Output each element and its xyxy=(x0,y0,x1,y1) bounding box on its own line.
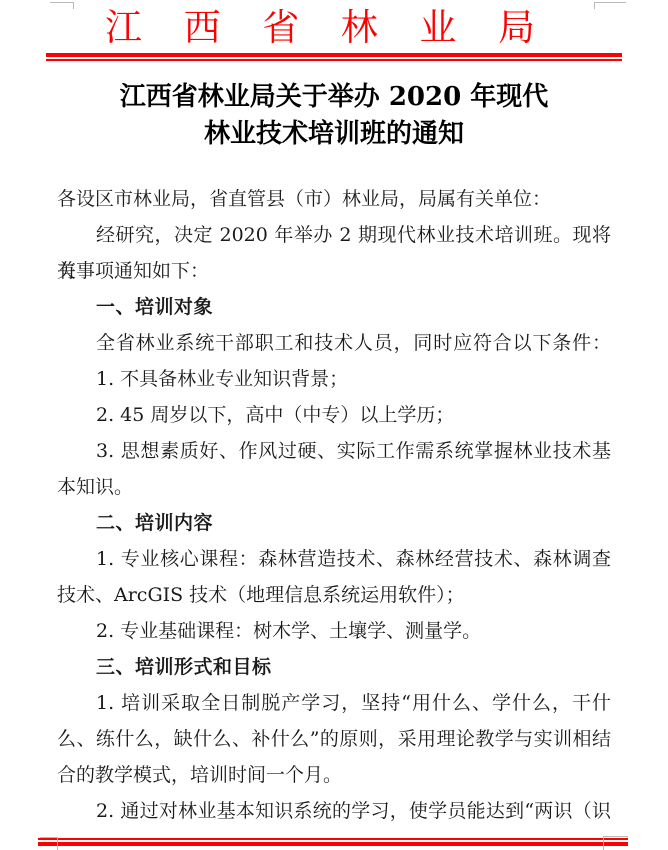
crop-mark-top-left xyxy=(50,2,74,9)
document-body: 各设区市林业局，省直管县（市）林业局，局属有关单位： 经研究，决定 2020 年… xyxy=(57,181,611,829)
document-page: 江 西 省 林 业 局 江西省林业局关于举办 2020 年现代 林业技术培训班的… xyxy=(0,0,668,850)
document-title-line-2: 林业技术培训班的通知 xyxy=(0,116,668,153)
crop-mark-bottom-right xyxy=(603,836,628,850)
section-3-heading: 三、培训形式和目标 xyxy=(57,649,611,685)
footer-divider-rule xyxy=(38,838,628,846)
salutation-line: 各设区市林业局，省直管县（市）林业局，局属有关单位： xyxy=(57,181,611,217)
body-line: 1. 培训采取全日制脱产学习，坚持“用什么、学什么，干什 xyxy=(57,685,611,721)
body-line: 2. 通过对林业基本知识系统的学习，使学员能达到“两识（识 xyxy=(57,793,611,829)
section-1-heading: 一、培训对象 xyxy=(57,289,611,325)
masthead-char: 业 xyxy=(419,9,456,46)
body-line: 2. 45 周岁以下，高中（中专）以上学历； xyxy=(57,397,611,433)
masthead-char: 林 xyxy=(341,9,378,46)
document-title: 江西省林业局关于举办 2020 年现代 林业技术培训班的通知 xyxy=(0,79,668,153)
masthead-char: 江 xyxy=(105,9,142,46)
header-divider-rule xyxy=(46,53,622,61)
body-line: 1. 专业核心课程：森林营造技术、森林经营技术、森林调查 xyxy=(57,541,611,577)
body-line: 2. 专业基础课程：树木学、土壤学、测量学。 xyxy=(57,613,611,649)
body-line: 3. 思想素质好、作风过硬、实际工作需系统掌握林业技术基 xyxy=(57,433,611,469)
body-line: 全省林业系统干部职工和技术人员，同时应符合以下条件： xyxy=(57,325,611,361)
body-line: 1. 不具备林业专业知识背景； xyxy=(57,361,611,397)
crop-mark-top-right xyxy=(594,2,626,9)
masthead-char: 局 xyxy=(498,9,535,46)
body-line: 经研究，决定 2020 年举办 2 期现代林业技术培训班。现将有 xyxy=(57,217,611,253)
body-line: 关事项通知如下： xyxy=(57,253,611,289)
agency-masthead: 江 西 省 林 业 局 xyxy=(105,5,535,49)
body-line: 么、练什么，缺什么、补什么”的原则，采用理论教学与实训相结 xyxy=(57,721,611,757)
body-line: 技术、ArcGIS 技术（地理信息系统运用软件）； xyxy=(57,577,611,613)
masthead-char: 西 xyxy=(184,9,221,46)
masthead-char: 省 xyxy=(262,9,299,46)
section-2-heading: 二、培训内容 xyxy=(57,505,611,541)
body-line: 合的教学模式，培训时间一个月。 xyxy=(57,757,611,793)
crop-mark-bottom-left xyxy=(40,837,58,850)
document-title-line-1: 江西省林业局关于举办 2020 年现代 xyxy=(0,79,668,116)
body-line: 本知识。 xyxy=(57,469,611,505)
